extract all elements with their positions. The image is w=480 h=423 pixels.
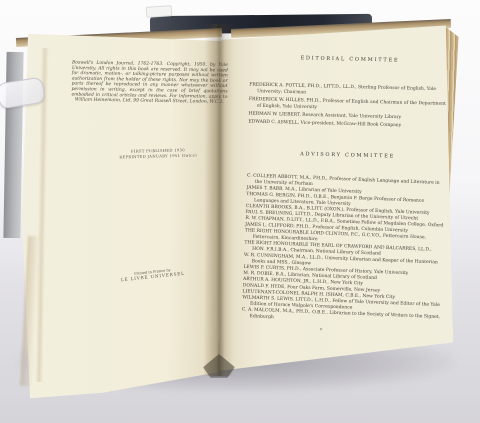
right-page-text: EDITORIAL COMMITTEE FREDERICK A. POTTLE,… bbox=[243, 54, 450, 333]
book-photo-scene: Boswell's London Journal, 1762-1763. Cop… bbox=[0, 0, 480, 423]
spine-label-sticker bbox=[146, 5, 173, 18]
advisory-heading-wrap: ADVISORY COMMITTEE bbox=[248, 150, 448, 160]
advisory-committee-heading: ADVISORY COMMITTEE bbox=[248, 150, 448, 160]
advisory-section: C. COLLEER ABBOTT, M.A., PH.D., Professo… bbox=[241, 172, 447, 336]
editorial-committee-list: FREDERICK A. POTTLE, PH.D., LITT.D., LL.… bbox=[248, 81, 449, 129]
advisory-committee-list: C. COLLEER ABBOTT, M.A., PH.D., Professo… bbox=[241, 172, 446, 326]
copyright-notice: Boswell's London Journal, 1762-1763. Cop… bbox=[71, 60, 228, 105]
